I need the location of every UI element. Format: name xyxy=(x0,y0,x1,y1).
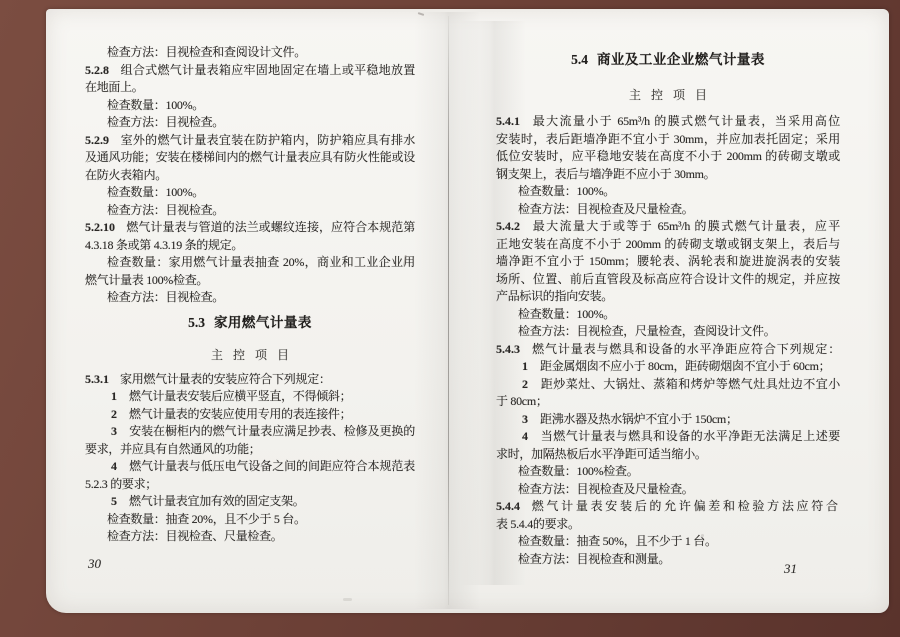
clause-number: 5.2.9 xyxy=(85,133,109,147)
text-line: 燃气计量表 100%检查。 xyxy=(85,272,415,290)
text-line: 要求，并应具有自然通风的功能； xyxy=(85,441,415,459)
line-spacer xyxy=(85,333,415,346)
line-spacer xyxy=(496,70,840,86)
text-line: 检查方法：目视检查。 xyxy=(85,202,415,220)
left-page: 检查方法：目视检查和查阅设计文件。5.2.8组合式燃气计量表箱应牢固地固定在墙上… xyxy=(85,44,415,546)
text-line: 检查数量：家用燃气计量表抽查 20%，商业和工业企业用 xyxy=(85,254,415,272)
text-line: 检查方法：目视检查及尺量检查。 xyxy=(496,201,840,219)
text-line: 5.3.1家用燃气计量表的安装应符合下列规定： xyxy=(85,371,415,389)
clause-number: 2 xyxy=(111,407,117,421)
clause-number: 1 xyxy=(522,359,528,373)
text-line: 在防火表箱内。 xyxy=(85,167,415,185)
text-line: 4.3.18 条或第 4.3.19 条的规定。 xyxy=(85,237,415,255)
clause-number: 5.2.8 xyxy=(85,63,109,77)
text-line: 墙净距不宜小于 150mm；腰轮表、涡轮表和旋进旋涡表的安装 xyxy=(496,253,840,271)
text-line: 安装时，表后距墙净距不宜小于 30mm，并应加表托固定；采用 xyxy=(496,131,840,149)
text-line: 检查数量：抽查 50%，且不少于 1 台。 xyxy=(496,533,840,551)
text-line: 2距炒菜灶、大锅灶、蒸箱和烤炉等燃气灶具灶边不宜小 xyxy=(496,376,840,394)
text-line: 低位安装时，应平稳地安装在高度不小于 200mm 的砖砌支墩或 xyxy=(496,148,840,166)
scan-speckle xyxy=(701,534,704,537)
text-line: 在地面上。 xyxy=(85,79,415,97)
text-line: 5.2.3 的要求； xyxy=(85,476,415,494)
text-line: 表 5.4.4的要求。 xyxy=(496,516,840,534)
clause-number: 5.4.4 xyxy=(496,499,520,513)
subsection-kicker: 主控项目 xyxy=(496,86,840,104)
clause-number: 2 xyxy=(522,377,528,391)
text-line: 1燃气计量表安装后应横平竖直，不得倾斜； xyxy=(85,388,415,406)
clause-number: 5.4.3 xyxy=(496,342,520,356)
page-number-right: 31 xyxy=(784,561,797,577)
text-line: 5.4.2最大流量大于或等于 65m³/h 的膜式燃气计量表，应平 xyxy=(496,218,840,236)
clause-number: 3 xyxy=(522,412,528,426)
text-line: 求时，加隔热板后水平净距可适当缩小。 xyxy=(496,446,840,464)
text-line: 检查方法：目视检查。 xyxy=(85,289,415,307)
clause-number: 4 xyxy=(522,429,528,443)
clause-number: 5.3 xyxy=(188,315,205,330)
clause-number: 5.4.1 xyxy=(496,114,520,128)
text-line: 检查方法：目视检查。 xyxy=(85,114,415,132)
text-line: 1距金属烟囱不应小于 80cm，距砖砌烟囱不宜小于 60cm； xyxy=(496,358,840,376)
clause-number: 5.2.10 xyxy=(85,220,115,234)
clause-number: 3 xyxy=(111,424,117,438)
text-line: 5.4.3燃气计量表与燃具和设备的水平净距应符合下列规定： xyxy=(496,341,840,359)
clause-number: 5 xyxy=(111,494,117,508)
clause-number: 5.4.2 xyxy=(496,219,520,233)
page-gutter-shading xyxy=(414,12,480,609)
line-spacer xyxy=(85,364,415,371)
text-line: 检查数量：100%。 xyxy=(496,306,840,324)
clause-number: 5.4 xyxy=(571,52,588,67)
text-line: 检查数量：抽查 20%，且不少于 5 台。 xyxy=(85,511,415,529)
text-line: 检查方法：目视检查、尺量检查。 xyxy=(85,528,415,546)
text-line: 产品标识的指向安装。 xyxy=(496,288,840,306)
page-number-left: 30 xyxy=(88,556,101,572)
text-line: 检查方法：目视检查及尺量检查。 xyxy=(496,481,840,499)
subsection-kicker: 主控项目 xyxy=(85,346,415,364)
clause-number: 1 xyxy=(111,389,117,403)
text-line: 5.2.10燃气计量表与管道的法兰或螺纹连接，应符合本规范第 xyxy=(85,219,415,237)
text-line: 检查数量：100%检查。 xyxy=(496,463,840,481)
text-line: 检查数量：100%。 xyxy=(85,97,415,115)
text-line: 4燃气计量表与低压电气设备之间的间距应符合本规范表 xyxy=(85,458,415,476)
section-heading: 5.3家用燃气计量表 xyxy=(85,313,415,333)
text-line: 5燃气计量表宜加有效的固定支架。 xyxy=(85,493,415,511)
line-spacer xyxy=(496,104,840,113)
text-line: 检查数量：100%。 xyxy=(85,184,415,202)
text-line: 5.4.1最大流量小于 65m³/h 的膜式燃气计量表，当采用高位 xyxy=(496,113,840,131)
text-line: 4当燃气计量表与燃具和设备的水平净距无法满足上述要 xyxy=(496,428,840,446)
page-seam xyxy=(448,16,449,605)
text-line: 钢支架上，表后与墙净距不应小于 30mm。 xyxy=(496,166,840,184)
text-line: 检查数量：100%。 xyxy=(496,183,840,201)
section-heading: 5.4商业及工业企业燃气计量表 xyxy=(496,50,840,70)
text-line: 检查方法：目视检查，尺量检查，查阅设计文件。 xyxy=(496,323,840,341)
clause-number: 4 xyxy=(111,459,117,473)
text-line: 及通风功能；安装在楼梯间内的燃气计量表应具有防火性能或设 xyxy=(85,149,415,167)
right-page: 5.4商业及工业企业燃气计量表主控项目5.4.1最大流量小于 65m³/h 的膜… xyxy=(496,50,840,568)
text-line: 正地安装在高度不小于 200mm 的砖砌支墩或钢支架上，表后与 xyxy=(496,236,840,254)
scan-speckle xyxy=(343,598,352,601)
text-line: 3距沸水器及热水锅炉不宜小于 150cm； xyxy=(496,411,840,429)
text-line: 5.4.4燃气计量表安装后的允许偏差和检验方法应符合 xyxy=(496,498,840,516)
text-line: 2燃气计量表的安装应使用专用的表连接件； xyxy=(85,406,415,424)
text-line: 检查方法：目视检查和查阅设计文件。 xyxy=(85,44,415,62)
text-line: 5.2.8组合式燃气计量表箱应牢固地固定在墙上或平稳地放置 xyxy=(85,62,415,80)
clause-number: 5.3.1 xyxy=(85,372,109,386)
text-line: 3安装在橱柜内的燃气计量表应满足抄表、检修及更换的 xyxy=(85,423,415,441)
text-line: 5.2.9室外的燃气计量表宜装在防护箱内，防护箱应具有排水 xyxy=(85,132,415,150)
text-line: 于 80cm； xyxy=(496,393,840,411)
text-line: 场所、位置、前后直管段及标高应符合设计文件的规定，并应按 xyxy=(496,271,840,289)
